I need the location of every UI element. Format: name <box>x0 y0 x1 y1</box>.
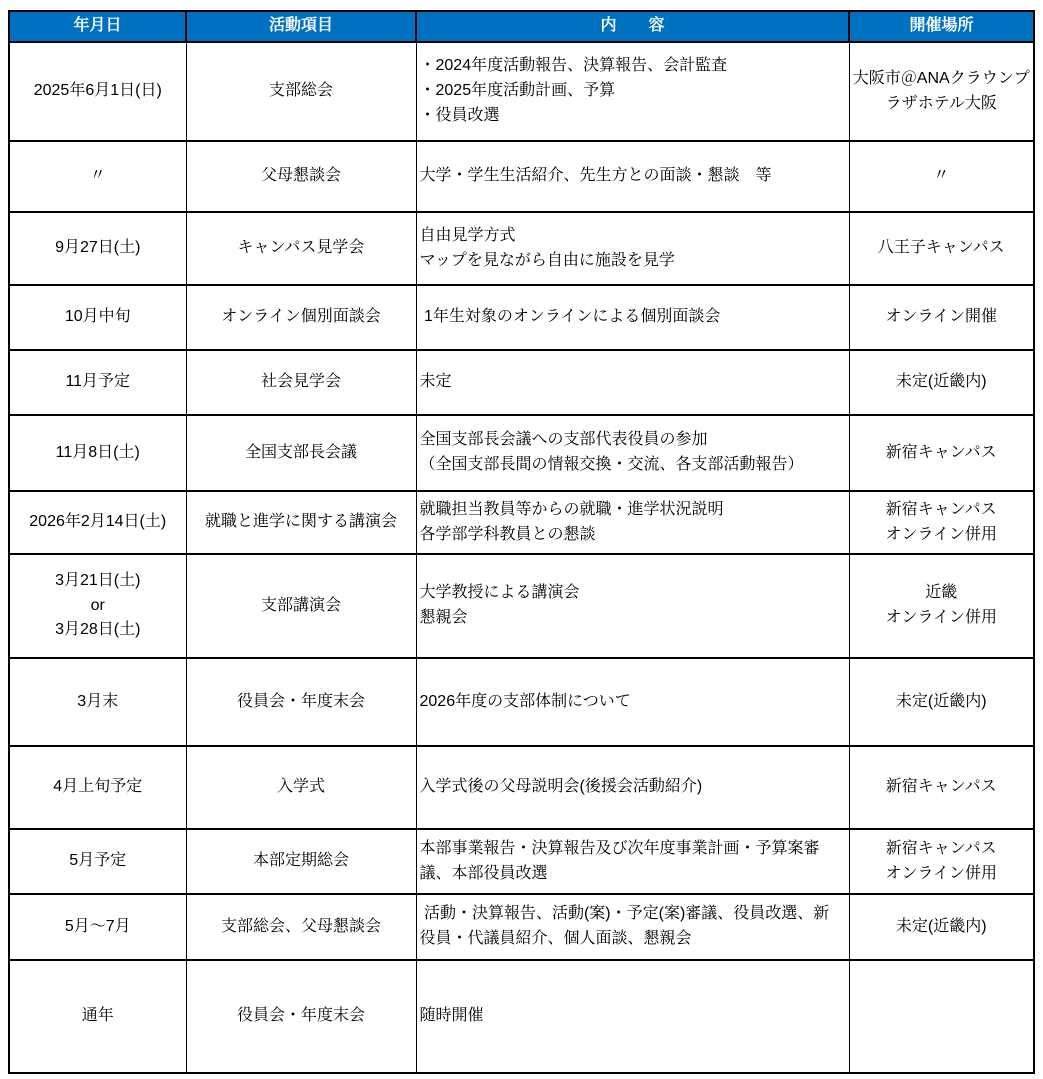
table-row: 10月中旬オンライン個別面談会 1年生対象のオンラインによる個別面談会オンライン… <box>9 285 1034 350</box>
activity-cell: 支部総会、父母懇談会 <box>186 894 416 960</box>
venue-cell: 新宿キャンパス <box>849 746 1034 829</box>
date-cell: 11月予定 <box>9 350 186 415</box>
venue-cell: 未定(近畿内) <box>849 894 1034 960</box>
content-cell: 就職担当教員等からの就職・進学状況説明 各学部学科教員との懇談 <box>416 491 849 554</box>
table-row: 通年役員会・年度末会随時開催 <box>9 960 1034 1073</box>
col-header-content: 内 容 <box>416 11 849 42</box>
venue-cell: 未定(近畿内) <box>849 350 1034 415</box>
content-cell: 大学・学生生活紹介、先生方との面談・懇談 等 <box>416 141 849 212</box>
venue-cell: 八王子キャンパス <box>849 212 1034 285</box>
table-row: 5月～7月支部総会、父母懇談会 活動・決算報告、活動(案)・予定(案)審議、役員… <box>9 894 1034 960</box>
content-cell: 全国支部長会議への支部代表役員の参加 （全国支部長間の情報交換・交流、各支部活動… <box>416 415 849 491</box>
activity-cell: 父母懇談会 <box>186 141 416 212</box>
content-cell: 活動・決算報告、活動(案)・予定(案)審議、役員改選、新役員・代議員紹介、個人面… <box>416 894 849 960</box>
venue-cell: 新宿キャンパス オンライン併用 <box>849 829 1034 894</box>
date-cell: 5月予定 <box>9 829 186 894</box>
activity-cell: 役員会・年度末会 <box>186 658 416 746</box>
table-row: 4月上旬予定入学式入学式後の父母説明会(後援会活動紹介)新宿キャンパス <box>9 746 1034 829</box>
venue-cell: 新宿キャンパス <box>849 415 1034 491</box>
date-cell: 4月上旬予定 <box>9 746 186 829</box>
content-cell: 1年生対象のオンラインによる個別面談会 <box>416 285 849 350</box>
venue-cell: 〃 <box>849 141 1034 212</box>
activity-cell: オンライン個別面談会 <box>186 285 416 350</box>
date-cell: 2026年2月14日(土) <box>9 491 186 554</box>
table-row: 9月27日(土)キャンパス見学会自由見学方式 マップを見ながら自由に施設を見学八… <box>9 212 1034 285</box>
activity-cell: 本部定期総会 <box>186 829 416 894</box>
schedule-table-container: 年月日 活動項目 内 容 開催場所 2025年6月1日(日)支部総会・2024年… <box>8 10 1035 1074</box>
activity-cell: キャンパス見学会 <box>186 212 416 285</box>
content-cell: 自由見学方式 マップを見ながら自由に施設を見学 <box>416 212 849 285</box>
activity-cell: 就職と進学に関する講演会 <box>186 491 416 554</box>
date-cell: 3月末 <box>9 658 186 746</box>
venue-cell: 近畿 オンライン併用 <box>849 554 1034 658</box>
table-row: 3月末役員会・年度末会2026年度の支部体制について未定(近畿内) <box>9 658 1034 746</box>
col-header-date: 年月日 <box>9 11 186 42</box>
date-cell: 9月27日(土) <box>9 212 186 285</box>
content-cell: 本部事業報告・決算報告及び次年度事業計画・予算案審議、本部役員改選 <box>416 829 849 894</box>
table-row: 〃父母懇談会大学・学生生活紹介、先生方との面談・懇談 等〃 <box>9 141 1034 212</box>
venue-cell: 大阪市＠ANAクラウンプラザホテル大阪 <box>849 42 1034 141</box>
date-cell: 11月8日(土) <box>9 415 186 491</box>
table-row: 3月21日(土) or 3月28日(土)支部講演会大学教授による講演会 懇親会近… <box>9 554 1034 658</box>
date-cell: 〃 <box>9 141 186 212</box>
venue-cell: 新宿キャンパス オンライン併用 <box>849 491 1034 554</box>
content-cell: ・2024年度活動報告、決算報告、会計監査 ・2025年度活動計画、予算 ・役員… <box>416 42 849 141</box>
table-row: 11月予定社会見学会未定未定(近畿内) <box>9 350 1034 415</box>
activity-cell: 入学式 <box>186 746 416 829</box>
activity-cell: 全国支部長会議 <box>186 415 416 491</box>
content-cell: 2026年度の支部体制について <box>416 658 849 746</box>
schedule-table: 年月日 活動項目 内 容 開催場所 2025年6月1日(日)支部総会・2024年… <box>8 10 1035 1074</box>
col-header-venue: 開催場所 <box>849 11 1034 42</box>
venue-cell: オンライン開催 <box>849 285 1034 350</box>
table-row: 11月8日(土)全国支部長会議全国支部長会議への支部代表役員の参加 （全国支部長… <box>9 415 1034 491</box>
content-cell: 入学式後の父母説明会(後援会活動紹介) <box>416 746 849 829</box>
activity-cell: 支部総会 <box>186 42 416 141</box>
content-cell: 未定 <box>416 350 849 415</box>
venue-cell: 未定(近畿内) <box>849 658 1034 746</box>
date-cell: 3月21日(土) or 3月28日(土) <box>9 554 186 658</box>
date-cell: 5月～7月 <box>9 894 186 960</box>
col-header-activity: 活動項目 <box>186 11 416 42</box>
header-row: 年月日 活動項目 内 容 開催場所 <box>9 11 1034 42</box>
activity-cell: 役員会・年度末会 <box>186 960 416 1073</box>
date-cell: 通年 <box>9 960 186 1073</box>
table-row: 2025年6月1日(日)支部総会・2024年度活動報告、決算報告、会計監査 ・2… <box>9 42 1034 141</box>
activity-cell: 社会見学会 <box>186 350 416 415</box>
venue-cell <box>849 960 1034 1073</box>
schedule-table-body: 2025年6月1日(日)支部総会・2024年度活動報告、決算報告、会計監査 ・2… <box>9 42 1034 1073</box>
activity-cell: 支部講演会 <box>186 554 416 658</box>
table-row: 5月予定本部定期総会本部事業報告・決算報告及び次年度事業計画・予算案審議、本部役… <box>9 829 1034 894</box>
content-cell: 大学教授による講演会 懇親会 <box>416 554 849 658</box>
table-row: 2026年2月14日(土)就職と進学に関する講演会就職担当教員等からの就職・進学… <box>9 491 1034 554</box>
date-cell: 10月中旬 <box>9 285 186 350</box>
date-cell: 2025年6月1日(日) <box>9 42 186 141</box>
content-cell: 随時開催 <box>416 960 849 1073</box>
